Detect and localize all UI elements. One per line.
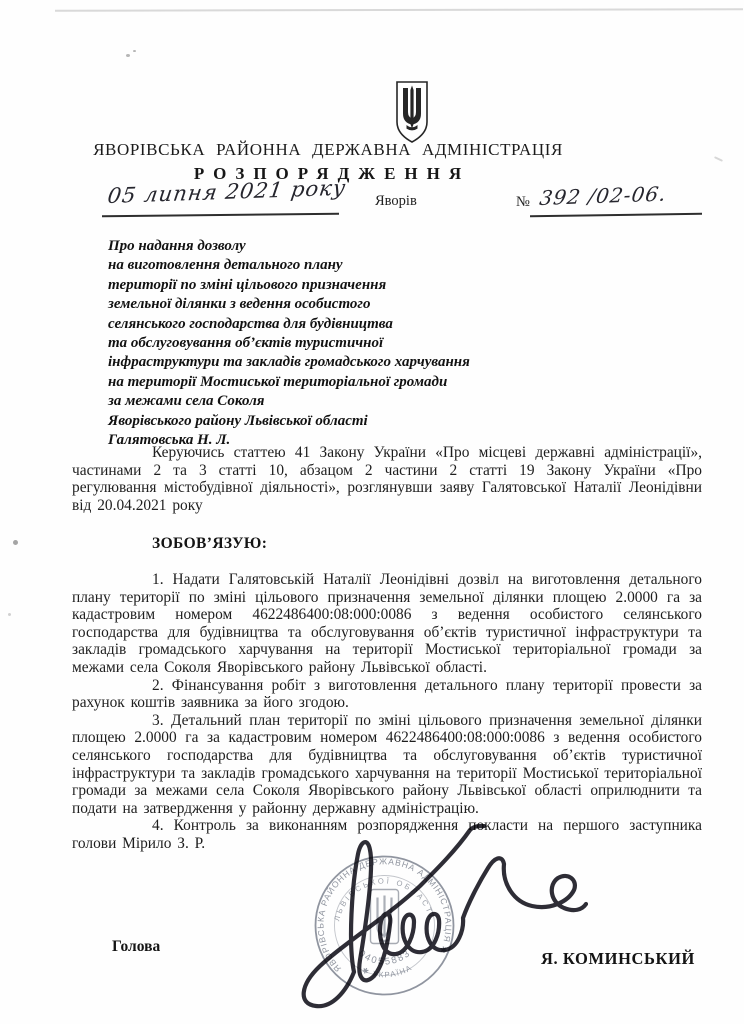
preamble-block: Керуючись статтею 41 Закону України «Про… xyxy=(72,444,702,514)
scan-artifact-line xyxy=(55,8,743,11)
subject-line: на території Мостиської територіальної г… xyxy=(108,373,560,392)
order-item: 3. Детальний план території по зміні ціл… xyxy=(72,712,702,818)
signature-scribble xyxy=(288,824,588,1016)
order-items-block: 1. Надати Галятовській Наталії Леонідівн… xyxy=(72,571,702,853)
subject-line: Про надання дозволу xyxy=(108,237,560,256)
number-label: № xyxy=(516,194,530,211)
subject-line: та обслуговування об’єктів туристичної xyxy=(108,334,560,353)
place-name: Яворів xyxy=(375,193,417,210)
subject-line: на виготовлення детального плану xyxy=(108,256,560,275)
ink-speck xyxy=(714,156,723,162)
chairman-title: Голова xyxy=(112,938,160,956)
subject-line: Яворівського району Львівської області xyxy=(108,412,560,431)
order-item: 2. Фінансування робіт з виготовлення дет… xyxy=(72,677,702,712)
ink-speck xyxy=(133,50,136,52)
number-underline xyxy=(530,213,702,217)
ink-speck xyxy=(13,540,18,545)
subject-line: за межами села Соколя xyxy=(108,392,560,411)
resolution-heading: ЗОБОВ’ЯЗУЮ: xyxy=(152,535,267,553)
doc-type-title: РОЗПОРЯДЖЕННЯ xyxy=(0,164,704,184)
trident-emblem-icon xyxy=(394,80,430,146)
ink-speck xyxy=(126,54,130,57)
org-name-title: ЯВОРІВСЬКА РАЙОННА ДЕРЖАВНА АДМІНІСТРАЦІ… xyxy=(0,140,700,160)
ink-speck xyxy=(8,613,11,616)
document-number: 392 /02-06. xyxy=(538,182,668,210)
date-underline xyxy=(102,213,339,217)
subject-line: земельної ділянки з ведення особистого xyxy=(108,295,560,314)
subject-line: селянського господарства для будівництва xyxy=(108,315,560,334)
preamble-paragraph: Керуючись статтею 41 Закону України «Про… xyxy=(72,444,702,514)
order-item: 1. Надати Галятовській Наталії Леонідівн… xyxy=(72,571,702,677)
subject-line: території по зміні цільового призначення xyxy=(108,276,560,295)
scanned-decree-page: ЯВОРІВСЬКА РАЙОННА ДЕРЖАВНА АДМІНІСТРАЦІ… xyxy=(0,0,744,1024)
subject-block: Про надання дозволу на виготовлення дета… xyxy=(108,237,560,450)
subject-line: інфраструктури та закладів громадського … xyxy=(108,353,560,372)
